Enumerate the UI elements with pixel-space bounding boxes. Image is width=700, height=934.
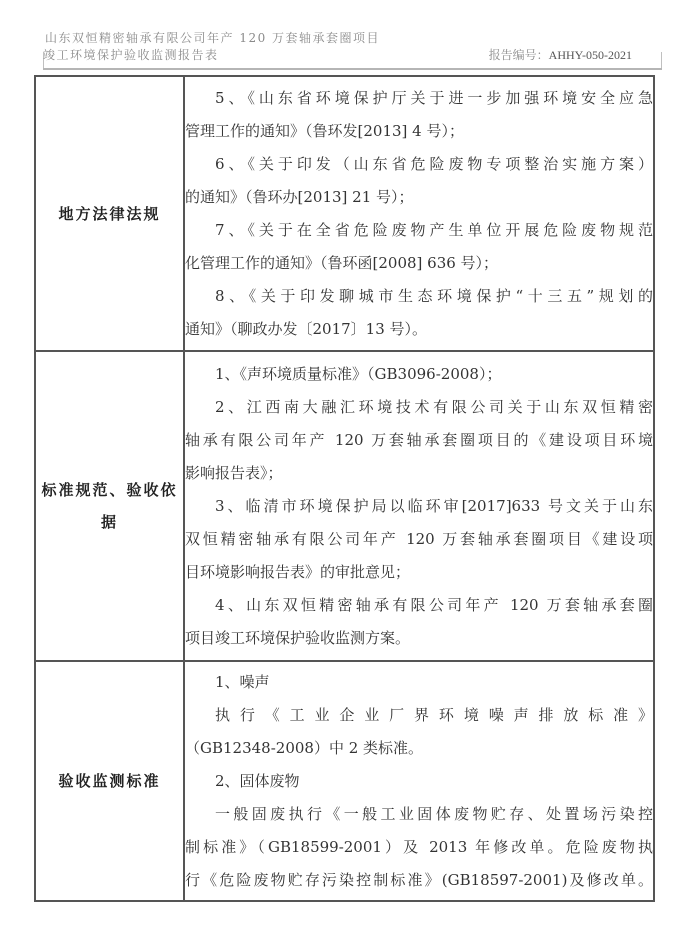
header-report-title: 竣工环境保护验收监测报告表 — [43, 47, 219, 64]
paragraph: 管理工作的通知》（鲁环发[2013] 4 号）； — [185, 115, 653, 148]
paragraph: 一般固废执行《一般工业固体废物贮存、处置场污染控 — [185, 798, 653, 831]
header-report-number: 报告编号：AHHY-050-2021 — [489, 47, 632, 64]
row-content-acceptance-standards: 1、噪声 执行《工业企业厂界环境噪声排放标准》 （GB12348-2008）中 … — [184, 661, 654, 901]
paragraph: 1、《声环境质量标准》（GB3096-2008）； — [185, 358, 653, 391]
paragraph: 项目竣工环境保护验收监测方案。 — [185, 622, 653, 655]
paragraph: 4、山东双恒精密轴承有限公司年产 120 万套轴承套圈 — [185, 589, 653, 622]
table-row: 验收监测标准 1、噪声 执行《工业企业厂界环境噪声排放标准》 （GB12348-… — [35, 661, 654, 901]
paragraph: 2、固体废物 — [185, 765, 653, 798]
paragraph: 行《危险废物贮存污染控制标准》(GB18597-2001)及修改单。 — [185, 864, 653, 897]
paragraph: 目环境影响报告表》的审批意见； — [185, 556, 653, 589]
paragraph: 化管理工作的通知》（鲁环函[2008] 636 号）； — [185, 247, 653, 280]
paragraph: 1、噪声 — [185, 666, 653, 699]
paragraph: 3、临清市环境保护局以临环审[2017]633 号文关于山东 — [185, 490, 653, 523]
table-row: 标准规范、验收依据 1、《声环境质量标准》（GB3096-2008）； 2、江西… — [35, 351, 654, 661]
paragraph: 的通知》（鲁环办[2013] 21 号）； — [185, 181, 653, 214]
row-label-standards-basis: 标准规范、验收依据 — [35, 351, 184, 661]
row-content-local-regulations: 5、《山东省环境保护厅关于进一步加强环境安全应急 管理工作的通知》（鲁环发[20… — [184, 76, 654, 351]
paragraph: 制标准》（GB18599-2001）及 2013 年修改单。危险废物执 — [185, 831, 653, 864]
page-header: 山东双恒精密轴承有限公司年产 120 万套轴承套圈项目 竣工环境保护验收监测报告… — [43, 30, 662, 70]
paragraph: 双恒精密轴承有限公司年产 120 万套轴承套圈项目《建设项 — [185, 523, 653, 556]
paragraph: 6、《关于印发（山东省危险废物专项整治实施方案） — [185, 148, 653, 181]
row-label-acceptance-standards: 验收监测标准 — [35, 661, 184, 901]
paragraph: 轴承有限公司年产 120 万套轴承套圈项目的《建设项目环境 — [185, 424, 653, 457]
table-row: 地方法律法规 5、《山东省环境保护厅关于进一步加强环境安全应急 管理工作的通知》… — [35, 76, 654, 351]
paragraph: 5、《山东省环境保护厅关于进一步加强环境安全应急 — [185, 82, 653, 115]
header-tick-right — [661, 52, 662, 68]
report-number-label: 报告编号： — [489, 48, 549, 62]
header-project-title: 山东双恒精密轴承有限公司年产 120 万套轴承套圈项目 — [45, 30, 380, 47]
paragraph: 2、江西南大融汇环境技术有限公司关于山东双恒精密 — [185, 391, 653, 424]
paragraph: 7、《关于在全省危险废物产生单位开展危险废物规范 — [185, 214, 653, 247]
row-label-local-regulations: 地方法律法规 — [35, 76, 184, 351]
regulations-table: 地方法律法规 5、《山东省环境保护厅关于进一步加强环境安全应急 管理工作的通知》… — [34, 75, 655, 902]
report-number-value: AHHY-050-2021 — [549, 48, 632, 62]
row-content-standards-basis: 1、《声环境质量标准》（GB3096-2008）； 2、江西南大融汇环境技术有限… — [184, 351, 654, 661]
paragraph: 执行《工业企业厂界环境噪声排放标准》 — [185, 699, 653, 732]
paragraph: （GB12348-2008）中 2 类标准。 — [185, 732, 653, 765]
paragraph: 影响报告表》； — [185, 457, 653, 490]
paragraph: 8、《关于印发聊城市生态环境保护“十三五”规划的 — [185, 280, 653, 313]
paragraph: 通知》（聊政办发〔2017〕13 号）。 — [185, 313, 653, 346]
